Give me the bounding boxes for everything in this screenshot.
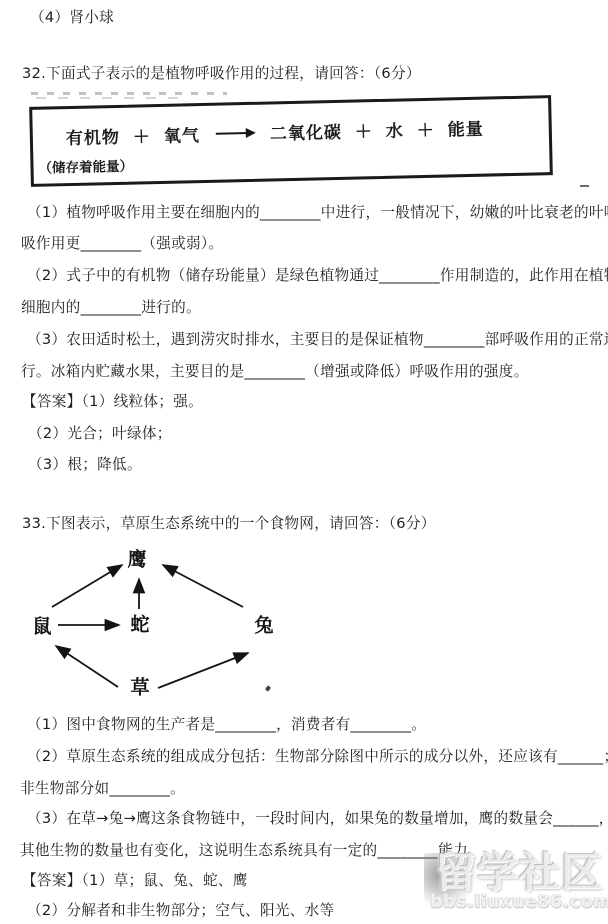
food-web-node-eagle: 鹰 <box>127 545 146 572</box>
watermark-shadow <box>424 853 476 907</box>
respiration-equation: 有机物 ＋ 氧气 二氧化碳 ＋ 水 ＋ 能量 <box>66 113 549 149</box>
question-33-title: 33.下图表示，草原生态系统中的一个食物网，请回答：（6分） <box>22 514 436 534</box>
food-web-node-snake: 蛇 <box>130 610 149 637</box>
q32-answer-line: （2）光合；叶绿体； <box>28 424 172 444</box>
q33-line: （3）在草→兔→鹰这条食物链中，一段时间内，如果兔的数量增加，鹰的数量会____… <box>27 809 608 829</box>
equation-term-water: 水 <box>385 116 404 141</box>
q33-line: （1）图中食物网的生产者是________，消费者有________。 <box>27 715 426 735</box>
plus-sign: ＋ <box>133 122 152 147</box>
q33-answer-line: 【答案】（1）草；鼠、兔、蛇、鹰 <box>22 871 248 891</box>
arrow-grass-to-rabbit <box>158 653 248 688</box>
q32-line: 吸作用更________（强或弱）。 <box>21 234 223 254</box>
equation-term-oxygen: 氧气 <box>164 121 201 147</box>
equation-note-stored-energy: （储存着能量） <box>38 145 549 177</box>
q32-line: 细胞内的________进行的。 <box>21 298 201 318</box>
scan-smudge <box>31 92 227 95</box>
plus-sign: ＋ <box>354 117 373 142</box>
arrow-rabbit-to-eagle <box>163 565 243 607</box>
scan-dash-artifact <box>580 185 589 187</box>
q32-line: 行。冰箱内贮藏水果，主要目的是________（增强或降低）呼吸作用的强度。 <box>21 362 529 382</box>
q32-answer-line: 【答案】（1）线粒体；强。 <box>22 392 203 412</box>
arrow-mouse-to-eagle <box>52 565 122 607</box>
food-web-node-mouse: 鼠 <box>32 612 51 639</box>
equation-term-energy: 能量 <box>447 115 484 141</box>
prev-answer-fragment: （4）肾小球 <box>30 8 114 28</box>
arrow-grass-to-mouse <box>56 646 118 687</box>
q33-line: 非生物部分如________。 <box>20 779 185 799</box>
q32-line: （2）式子中的有机物（储存玢能量）是绿色植物通过________作用制造的，此作… <box>27 266 608 286</box>
q32-line: （3）农田适时松土，遇到涝灾时排水，主要目的是保证植物________部呼吸作用… <box>27 330 608 350</box>
q33-answer-line: （2）分解者和非生物部分；空气、阳光、水等 <box>27 901 334 921</box>
plus-sign: ＋ <box>416 116 435 141</box>
question-32-title: 32.下面式子表示的是植物呼吸作用的过程，请回答：（6分） <box>22 64 421 84</box>
equation-term-carbon-dioxide: 二氧化碳 <box>270 118 343 145</box>
q33-line: （2）草原生态系统的组成成分包括：生物部分除图中所示的成分以外，还应该有____… <box>27 747 608 767</box>
q33-line: 其他生物的数量也有变化，这说明生态系统具有一定的________能力。 <box>20 841 483 861</box>
respiration-equation-box: 有机物 ＋ 氧气 二氧化碳 ＋ 水 ＋ 能量 （储存着能量） <box>29 95 553 187</box>
food-web-node-rabbit: 兔 <box>254 611 273 638</box>
equation-term-organic-matter: 有机物 <box>66 123 121 149</box>
food-web-node-grass: 草 <box>130 673 149 700</box>
q32-answer-line: （3）根；降低。 <box>28 455 142 475</box>
scan-smudge <box>36 97 186 99</box>
q32-line: （1）植物呼吸作用主要在细胞内的________中进行，一般情况下，幼嫩的叶比衰… <box>27 203 608 223</box>
reaction-arrow-icon <box>216 131 254 134</box>
